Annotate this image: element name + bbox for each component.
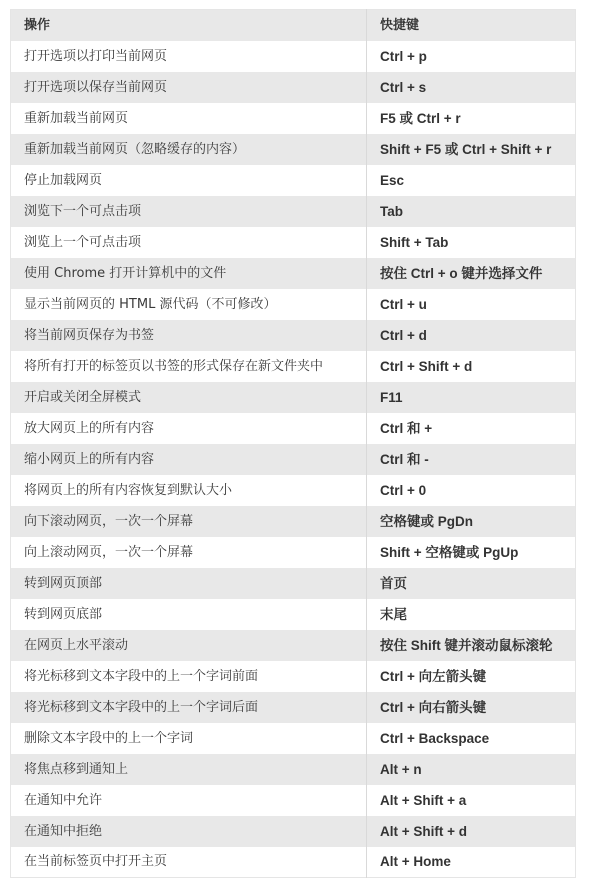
shortcut-cell: Ctrl + 向右箭头键 [367, 692, 576, 723]
table-row: 将焦点移到通知上Alt + n [11, 754, 576, 785]
table-row: 浏览下一个可点击项Tab [11, 196, 576, 227]
table-row: 将光标移到文本字段中的上一个字词前面Ctrl + 向左箭头键 [11, 661, 576, 692]
table-row: 向上滚动网页，一次一个屏幕Shift + 空格键或 PgUp [11, 537, 576, 568]
shortcut-cell: 按住 Ctrl + o 键并选择文件 [367, 258, 576, 289]
table-row: 转到网页顶部首页 [11, 568, 576, 599]
shortcut-cell: Ctrl + 0 [367, 475, 576, 506]
shortcut-cell: Ctrl + s [367, 72, 576, 103]
table-row: 转到网页底部末尾 [11, 599, 576, 630]
shortcut-cell: Ctrl + p [367, 41, 576, 72]
shortcut-cell: Ctrl + u [367, 289, 576, 320]
table-row: 缩小网页上的所有内容Ctrl 和 - [11, 444, 576, 475]
action-cell: 转到网页顶部 [11, 568, 367, 599]
shortcut-cell: F11 [367, 382, 576, 413]
shortcut-cell: 首页 [367, 568, 576, 599]
table-row: 在通知中允许Alt + Shift + a [11, 785, 576, 816]
action-cell: 将光标移到文本字段中的上一个字词前面 [11, 661, 367, 692]
table-row: 在网页上水平滚动按住 Shift 键并滚动鼠标滚轮 [11, 630, 576, 661]
table-row: 重新加载当前网页F5 或 Ctrl + r [11, 103, 576, 134]
action-cell: 转到网页底部 [11, 599, 367, 630]
table-row: 向下滚动网页，一次一个屏幕空格键或 PgDn [11, 506, 576, 537]
shortcut-cell: 末尾 [367, 599, 576, 630]
table-row: 在当前标签页中打开主页Alt + Home [11, 847, 576, 878]
shortcut-cell: 空格键或 PgDn [367, 506, 576, 537]
action-cell: 重新加载当前网页（忽略缓存的内容） [11, 134, 367, 165]
shortcut-cell: Ctrl + 向左箭头键 [367, 661, 576, 692]
action-cell: 浏览下一个可点击项 [11, 196, 367, 227]
shortcut-cell: Alt + Shift + d [367, 816, 576, 847]
table-row: 将光标移到文本字段中的上一个字词后面Ctrl + 向右箭头键 [11, 692, 576, 723]
shortcut-cell: Ctrl + d [367, 320, 576, 351]
shortcut-cell: Ctrl + Backspace [367, 723, 576, 754]
action-cell: 打开选项以打印当前网页 [11, 41, 367, 72]
action-cell: 缩小网页上的所有内容 [11, 444, 367, 475]
shortcut-cell: Shift + F5 或 Ctrl + Shift + r [367, 134, 576, 165]
action-cell: 放大网页上的所有内容 [11, 413, 367, 444]
column-header-shortcut: 快捷键 [367, 10, 576, 41]
action-cell: 开启或关闭全屏模式 [11, 382, 367, 413]
action-cell: 向上滚动网页，一次一个屏幕 [11, 537, 367, 568]
shortcut-cell: F5 或 Ctrl + r [367, 103, 576, 134]
table-row: 使用 Chrome 打开计算机中的文件按住 Ctrl + o 键并选择文件 [11, 258, 576, 289]
shortcut-cell: Alt + Home [367, 847, 576, 878]
shortcut-cell: Ctrl 和 + [367, 413, 576, 444]
action-cell: 在通知中允许 [11, 785, 367, 816]
shortcut-cell: Shift + Tab [367, 227, 576, 258]
table-row: 浏览上一个可点击项Shift + Tab [11, 227, 576, 258]
action-cell: 停止加载网页 [11, 165, 367, 196]
shortcut-cell: Ctrl + Shift + d [367, 351, 576, 382]
action-cell: 将所有打开的标签页以书签的形式保存在新文件夹中 [11, 351, 367, 382]
table-row: 删除文本字段中的上一个字词Ctrl + Backspace [11, 723, 576, 754]
shortcut-cell: Shift + 空格键或 PgUp [367, 537, 576, 568]
column-header-action: 操作 [11, 10, 367, 41]
table-row: 将网页上的所有内容恢复到默认大小Ctrl + 0 [11, 475, 576, 506]
action-cell: 浏览上一个可点击项 [11, 227, 367, 258]
table-row: 放大网页上的所有内容Ctrl 和 + [11, 413, 576, 444]
table-row: 显示当前网页的 HTML 源代码（不可修改）Ctrl + u [11, 289, 576, 320]
table-row: 打开选项以保存当前网页Ctrl + s [11, 72, 576, 103]
table-row: 将所有打开的标签页以书签的形式保存在新文件夹中Ctrl + Shift + d [11, 351, 576, 382]
action-cell: 打开选项以保存当前网页 [11, 72, 367, 103]
action-cell: 将光标移到文本字段中的上一个字词后面 [11, 692, 367, 723]
table-header-row: 操作 快捷键 [11, 10, 576, 41]
action-cell: 重新加载当前网页 [11, 103, 367, 134]
action-cell: 在通知中拒绝 [11, 816, 367, 847]
action-cell: 向下滚动网页，一次一个屏幕 [11, 506, 367, 537]
shortcut-cell: Tab [367, 196, 576, 227]
action-cell: 在网页上水平滚动 [11, 630, 367, 661]
table-row: 停止加载网页Esc [11, 165, 576, 196]
shortcut-cell: Alt + n [367, 754, 576, 785]
shortcut-cell: Alt + Shift + a [367, 785, 576, 816]
table-row: 打开选项以打印当前网页Ctrl + p [11, 41, 576, 72]
table-row: 开启或关闭全屏模式F11 [11, 382, 576, 413]
shortcut-table: 操作 快捷键 打开选项以打印当前网页Ctrl + p打开选项以保存当前网页Ctr… [10, 9, 576, 878]
action-cell: 使用 Chrome 打开计算机中的文件 [11, 258, 367, 289]
action-cell: 将网页上的所有内容恢复到默认大小 [11, 475, 367, 506]
shortcut-cell: 按住 Shift 键并滚动鼠标滚轮 [367, 630, 576, 661]
shortcut-cell: Ctrl 和 - [367, 444, 576, 475]
action-cell: 显示当前网页的 HTML 源代码（不可修改） [11, 289, 367, 320]
table-row: 将当前网页保存为书签Ctrl + d [11, 320, 576, 351]
action-cell: 在当前标签页中打开主页 [11, 847, 367, 878]
action-cell: 将当前网页保存为书签 [11, 320, 367, 351]
action-cell: 删除文本字段中的上一个字词 [11, 723, 367, 754]
table-row: 在通知中拒绝Alt + Shift + d [11, 816, 576, 847]
action-cell: 将焦点移到通知上 [11, 754, 367, 785]
shortcut-cell: Esc [367, 165, 576, 196]
table-row: 重新加载当前网页（忽略缓存的内容）Shift + F5 或 Ctrl + Shi… [11, 134, 576, 165]
